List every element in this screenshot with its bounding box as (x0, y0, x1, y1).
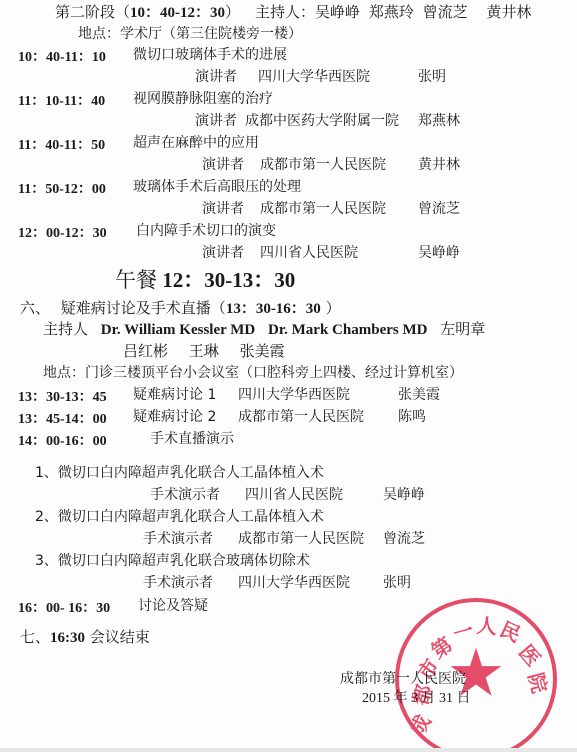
seal-char: 院 (522, 669, 555, 696)
lunch-break: 午餐 12：30-13：30 (115, 264, 295, 294)
session-speaker: 张美霞 (398, 386, 440, 404)
session-speaker: 陈鸣 (398, 408, 426, 426)
speaker-org: 四川省人民医院 (260, 244, 358, 262)
surgery-title: 3、微切口白内障超声乳化联合玻璃体切除术 (35, 552, 310, 570)
section-time: 13：30-16：30 (226, 301, 321, 317)
section6-hosts-line2: 吕红彬 王琳 张美霞 (123, 342, 285, 360)
speaker-role: 演讲者 (202, 244, 244, 262)
lunch-time: 12：30-13：30 (162, 268, 295, 292)
speaker-role: 演讲者 (195, 68, 237, 86)
seal-char: 人 (476, 609, 498, 640)
host-name: Dr. William Kessler MD (101, 322, 255, 338)
host-name: 黄井林 (486, 3, 531, 21)
host-name: 张美霞 (240, 342, 285, 360)
session-topic: 白内障手术切口的演变 (136, 222, 276, 240)
session-time: 13：30-13：45 (18, 386, 107, 406)
page-bottom-edge (0, 748, 577, 752)
hosts-label: 主持人： (255, 3, 315, 21)
session-time: 12：00-12：30 (18, 222, 107, 242)
section-title: 疑难病讨论及手术直播（ (61, 299, 226, 317)
session-time: 11：50-12：00 (18, 178, 106, 198)
qa-label: 讨论及答疑 (138, 597, 208, 615)
host-name: 曾流芝 (423, 3, 468, 21)
section-time: 16:30 (50, 630, 85, 646)
host-name: 吕红彬 (123, 342, 168, 360)
qa-time: 16：00- 16：30 (18, 597, 110, 617)
host-name: 吴峥峥 (315, 3, 360, 21)
stage2-location: 地点：学术厅（第三住院楼旁一楼） (78, 25, 302, 43)
surgery-title: 2、微切口白内障超声乳化联合人工晶体植入术 (35, 508, 324, 526)
session-topic: 微切口玻璃体手术的进展 (133, 46, 287, 64)
stage2-time: 10：40-12：30 (130, 5, 225, 21)
stage2-close: ） (225, 3, 240, 21)
speaker-role: 演讲者 (202, 156, 244, 174)
host-name: 郑燕玲 (369, 3, 414, 21)
section6-hosts: 主持人 Dr. William Kessler MD Dr. Mark Cham… (43, 320, 485, 339)
session-topic: 疑难病讨论 1 (133, 386, 216, 404)
speaker-name: 吴峥峥 (418, 244, 460, 262)
session-time: 13：45-14：00 (18, 408, 107, 428)
surgery-speaker: 曾流芝 (383, 530, 425, 548)
document-page: 第二阶段（10：40-12：30） 主持人：吴峥峥 郑燕玲 曾流芝 黄井林 地点… (0, 0, 577, 752)
section-label: 会议结束 (90, 628, 150, 646)
speaker-name: 黄井林 (418, 156, 460, 174)
speaker-role: 演讲者 (195, 112, 237, 130)
lunch-label: 午餐 (115, 268, 157, 292)
session-topic: 视网膜静脉阻塞的治疗 (133, 90, 273, 108)
speaker-org: 四川大学华西医院 (258, 68, 370, 86)
surgery-org: 四川省人民医院 (245, 486, 343, 504)
surgery-speaker: 张明 (383, 574, 411, 592)
speaker-name: 郑燕林 (418, 112, 460, 130)
session-time: 14：00-16：00 (18, 430, 107, 450)
session-org: 四川大学华西医院 (238, 386, 350, 404)
seal-char: 医 (513, 638, 548, 672)
section-close: ） (326, 299, 341, 317)
section7: 七、16:30 会议结束 (20, 628, 150, 647)
surgery-role: 手术演示者 (143, 530, 213, 548)
section-number: 七、 (20, 628, 50, 646)
hosts-label: 主持人 (43, 320, 88, 338)
session-topic: 玻璃体手术后高眼压的处理 (133, 178, 301, 196)
section6-header: 六、 疑难病讨论及手术直播（13：30-16：30 ） (20, 299, 341, 318)
speaker-name: 曾流芝 (418, 200, 460, 218)
session-topic: 超声在麻醉中的应用 (133, 134, 259, 152)
surgery-org: 成都市第一人民医院 (238, 530, 364, 548)
signature-org: 成都市第一人民医院 (340, 670, 466, 688)
section-number: 六、 (20, 299, 50, 317)
seal-char: 成 (401, 709, 436, 741)
speaker-name: 张明 (418, 68, 446, 86)
section6-location: 地点：门诊三楼顶平台小会议室（口腔科旁上四楼、经过计算机室） (43, 364, 463, 382)
host-name: Dr. Mark Chambers MD (268, 322, 427, 338)
session-time: 10：40-11：10 (18, 46, 106, 66)
stage2-header: 第二阶段（10：40-12：30） (55, 3, 240, 22)
speaker-org: 成都市第一人民医院 (260, 200, 386, 218)
stage2-title: 第二阶段（ (55, 3, 130, 21)
stage2-hosts: 主持人：吴峥峥 郑燕玲 曾流芝 黄井林 (255, 3, 531, 21)
session-org: 成都市第一人民医院 (238, 408, 364, 426)
session-time: 11：10-11：40 (18, 90, 105, 110)
surgery-role: 手术演示者 (150, 486, 220, 504)
host-name: 王琳 (189, 342, 219, 360)
surgery-org: 四川大学华西医院 (238, 574, 350, 592)
surgery-title: 1、微切口白内障超声乳化联合人工晶体植入术 (35, 464, 324, 482)
signature-date: 2015 年 3 月 31 日 (362, 690, 471, 708)
session-topic: 手术直播演示 (150, 430, 234, 448)
speaker-role: 演讲者 (202, 200, 244, 218)
session-topic: 疑难病讨论 2 (133, 408, 216, 426)
session-time: 11：40-11：50 (18, 134, 105, 154)
host-name: 左明章 (440, 320, 485, 338)
surgery-role: 手术演示者 (143, 574, 213, 592)
surgery-speaker: 吴峥峥 (383, 486, 425, 504)
speaker-org: 成都中医药大学附属一院 (245, 112, 399, 130)
speaker-org: 成都市第一人民医院 (260, 156, 386, 174)
